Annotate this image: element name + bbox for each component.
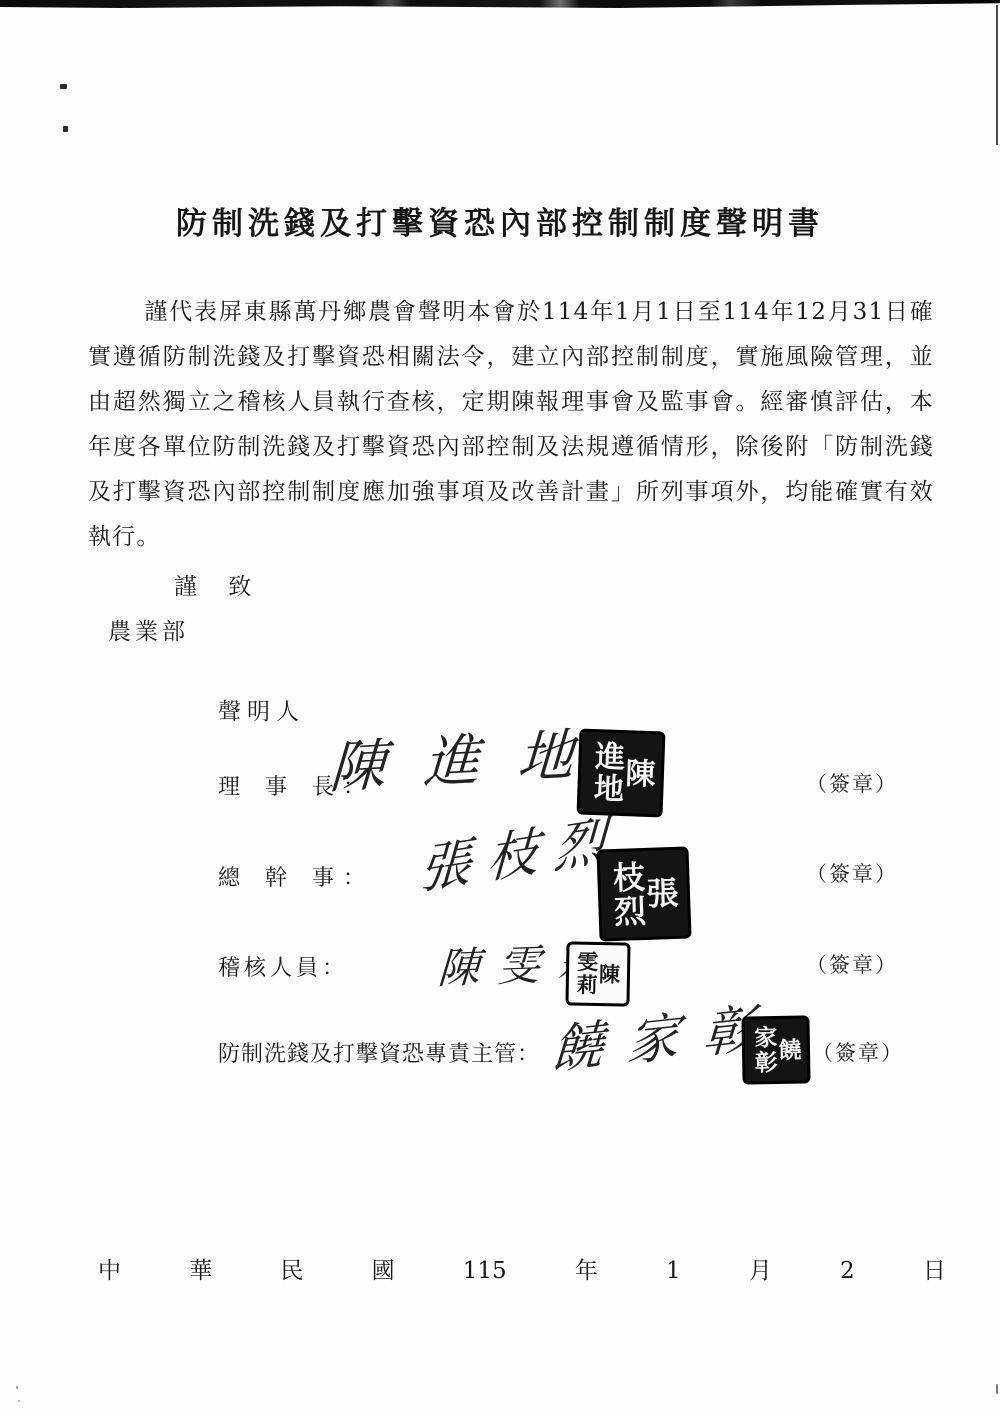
name-seal-stamp: 張 枝烈 [596,846,691,941]
handwritten-signature: 張枝烈 [418,795,624,903]
role-label: 稽核人員： [218,951,348,982]
scan-artifact-top-bar [0,0,1000,8]
body-paragraph: 謹代表屏東縣萬丹鄉農會聲明本會於114年1月1日至114年12月31日確實遵循防… [88,290,934,560]
seal-column-left: 家彰 [752,1021,776,1079]
date-token: 民 [280,1252,303,1285]
scan-artifact-right-edge [996,5,998,145]
scan-speck [60,84,67,89]
recipient: 農業部 [108,613,189,646]
date-token: 年 [575,1252,598,1285]
document-title: 防制洗錢及打擊資恐內部控制制度聲明書 [0,198,1000,243]
scan-speck [18,1400,20,1402]
date-token-year: 115 [463,1258,507,1284]
scan-speck [63,126,68,132]
sign-here-label: （簽章） [812,1037,904,1067]
date-token: 國 [372,1252,395,1285]
date-line: 中 華 民 國 115 年 1 月 2 日 [98,1252,946,1285]
handwritten-signature: 陳進地 [328,709,614,804]
date-token: 中 [98,1252,121,1285]
date-token-day: 2 [840,1258,855,1284]
seal-column-right: 陳 [598,947,620,1001]
seal-column-right: 陳 [620,735,653,812]
scanned-declaration-page: 防制洗錢及打擊資恐內部控制制度聲明書 謹代表屏東縣萬丹鄉農會聲明本會於114年1… [0,0,1000,1415]
role-label: 防制洗錢及打擊資恐專責主管： [218,1037,540,1068]
date-token: 日 [923,1252,946,1285]
role-label: 總 幹 事： [218,861,374,892]
declarant-label: 聲明人 [218,693,305,726]
date-token: 月 [749,1252,772,1285]
seal-column-left: 枝烈 [610,853,645,936]
name-seal-stamp: 陳 雯莉 [565,941,630,1006]
seal-column-right: 張 [643,852,678,935]
seal-column-right: 饒 [776,1021,800,1079]
sign-here-label: （簽章） [806,768,898,798]
sign-here-label: （簽章） [806,858,898,888]
name-seal-stamp: 饒 家彰 [741,1015,810,1084]
scan-speck [16,1386,18,1389]
seal-column-left: 雯莉 [576,947,598,1001]
date-token-month: 1 [666,1258,681,1284]
salutation: 謹 致 [174,568,263,601]
date-token: 華 [189,1252,212,1285]
sign-here-label: （簽章） [806,949,898,979]
scan-speck [996,1384,998,1394]
